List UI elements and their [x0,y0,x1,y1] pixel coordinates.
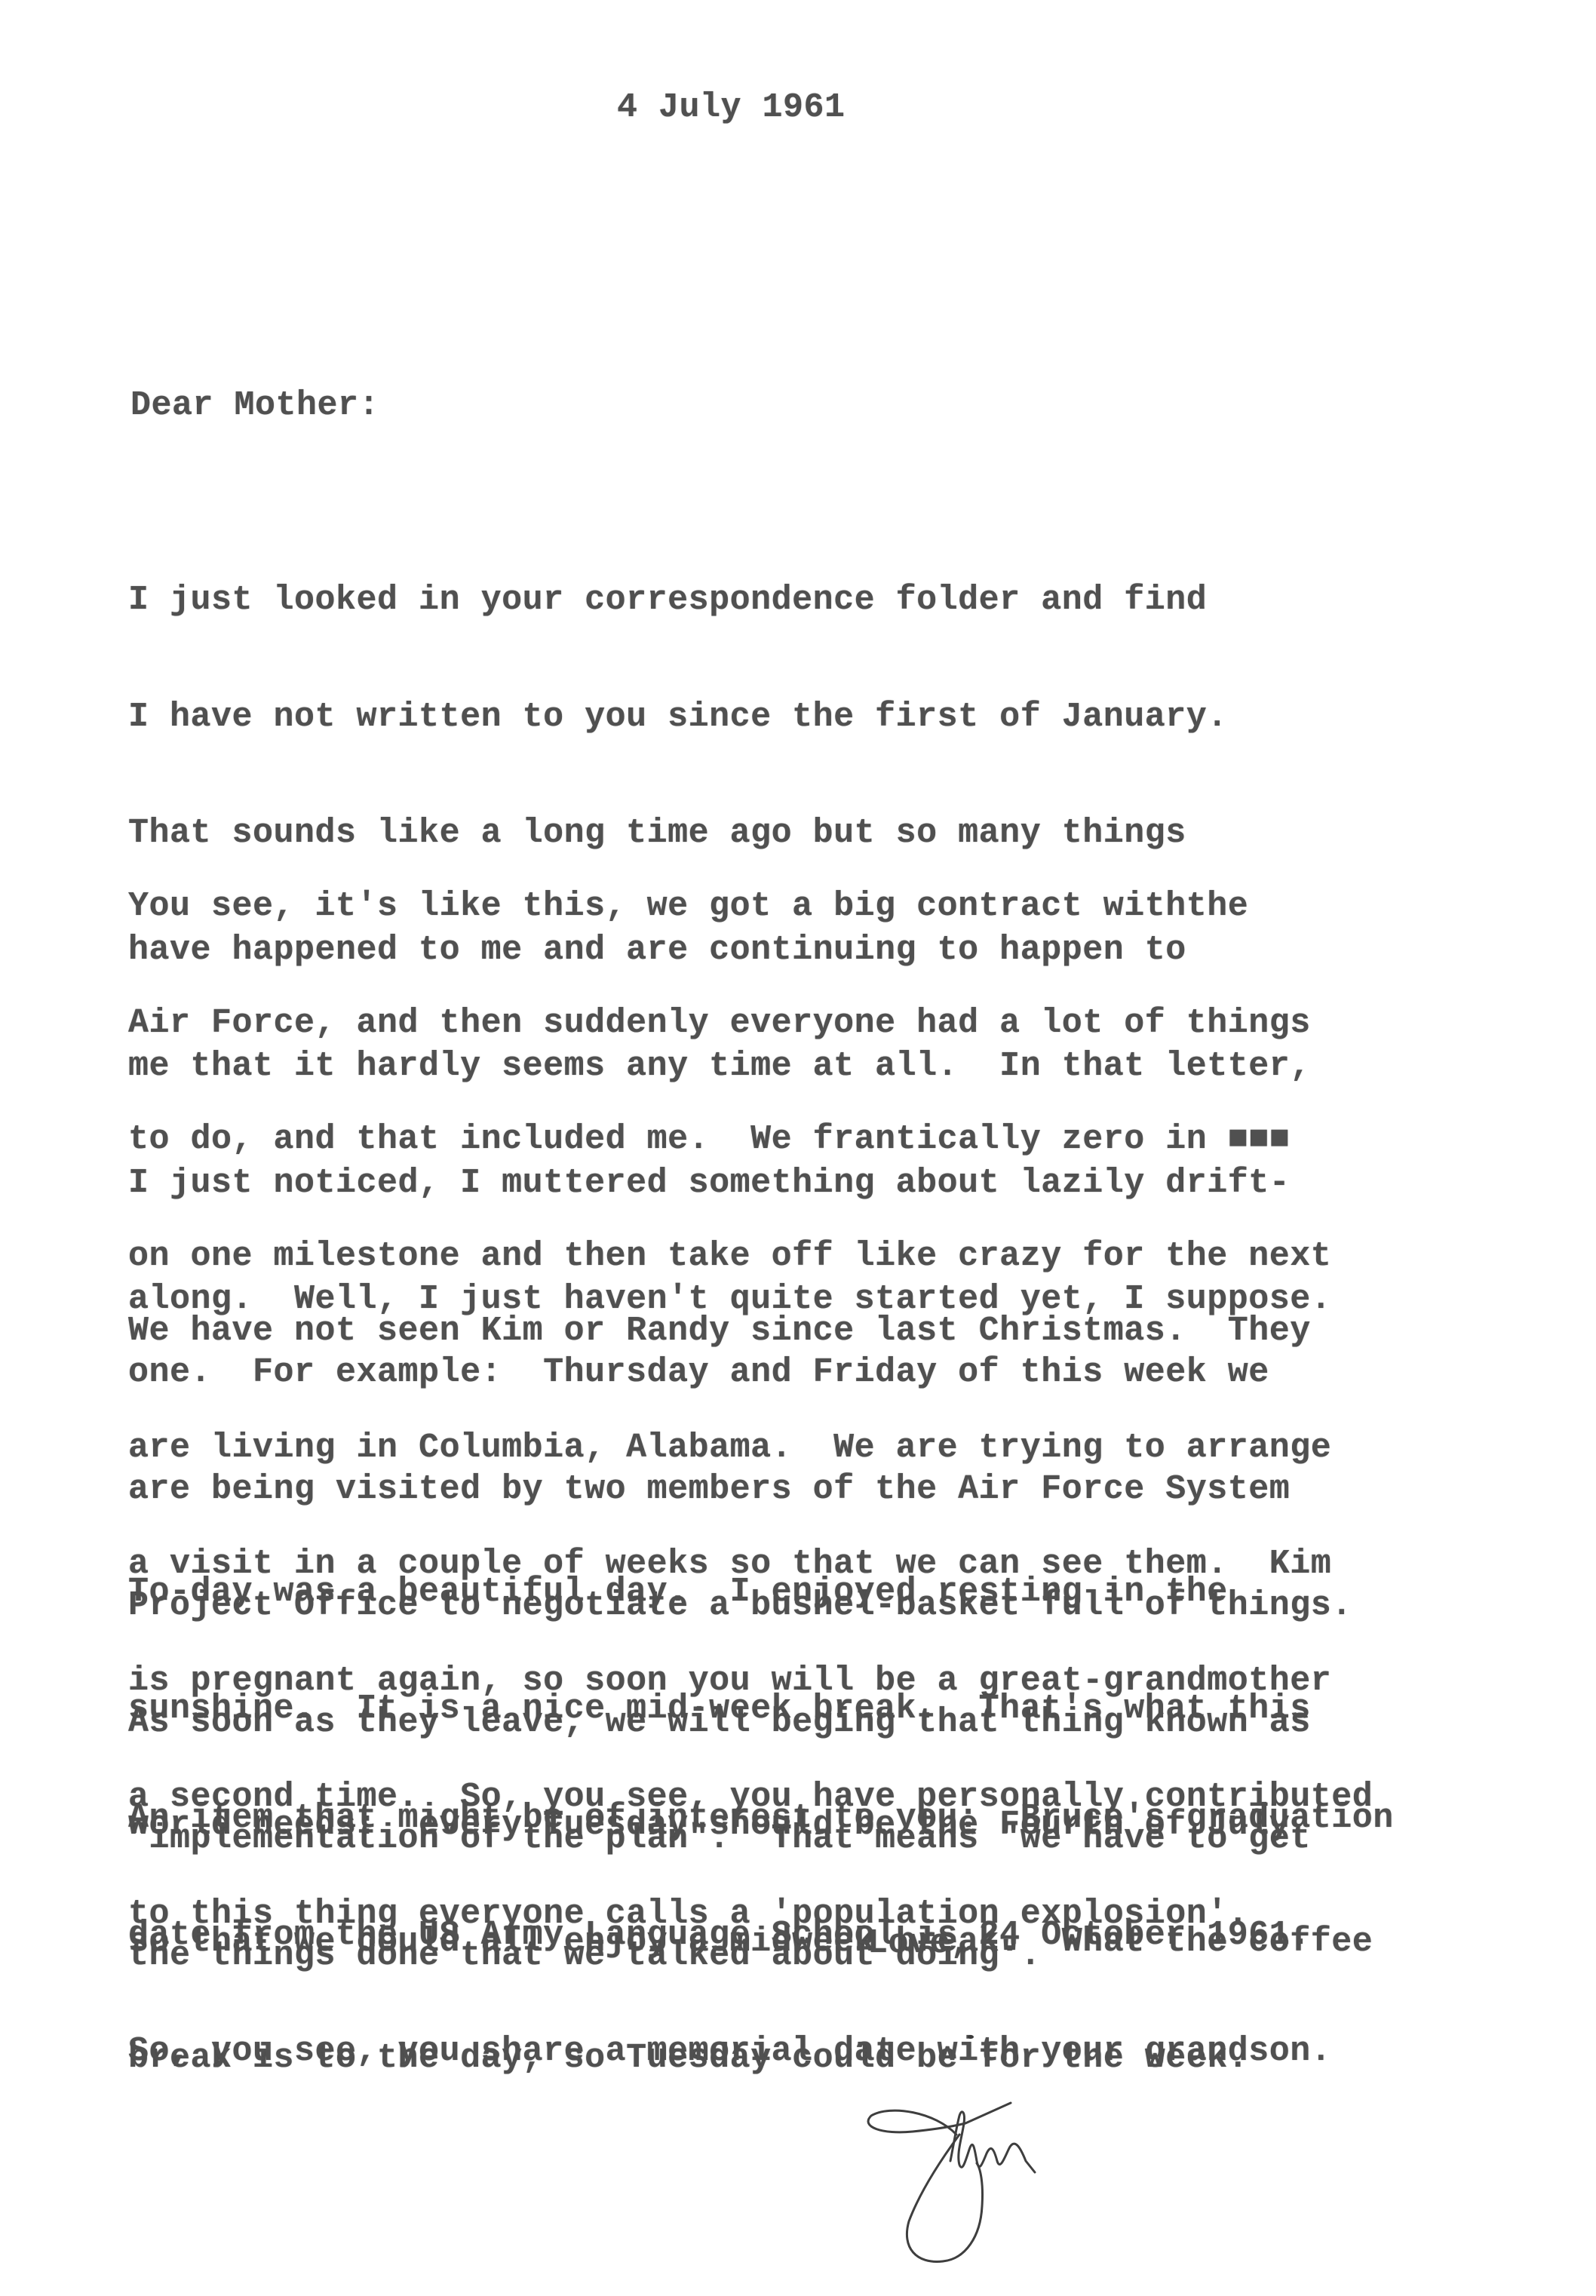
text-line: An item that might be of interest to you… [128,1799,1394,1838]
salutation: Dear Mother: [130,386,379,425]
text-line: We have not seen Kim or Randy since last… [128,1312,1373,1351]
text-line: are living in Columbia, Alabama. We are … [128,1429,1373,1468]
text-line: to do, and that included me. We frantica… [128,1120,1352,1159]
ink-dot [968,2035,974,2039]
text-line: Air Force, and then suddenly everyone ha… [128,1004,1352,1043]
letter-page: 4 July 1961 Dear Mother: I just looked i… [0,0,1596,2296]
closing: Love, [867,1924,971,1963]
text-line: You see, it's like this, we got a big co… [128,887,1352,926]
text-line: I have not written to you since the firs… [128,698,1331,737]
text-line: To-day was a beautiful day. I enjoyed re… [128,1573,1373,1612]
text-line: I just looked in your correspondence fol… [128,581,1331,620]
letter-date: 4 July 1961 [617,88,846,127]
text-line: date from the US Army Language School is… [128,1916,1394,1955]
text-line: So, you see, you share a memorial date w… [128,2032,1394,2071]
signature: Jim [860,2059,1101,2270]
paragraph-5: An item that might be of interest to you… [128,1721,1394,2149]
